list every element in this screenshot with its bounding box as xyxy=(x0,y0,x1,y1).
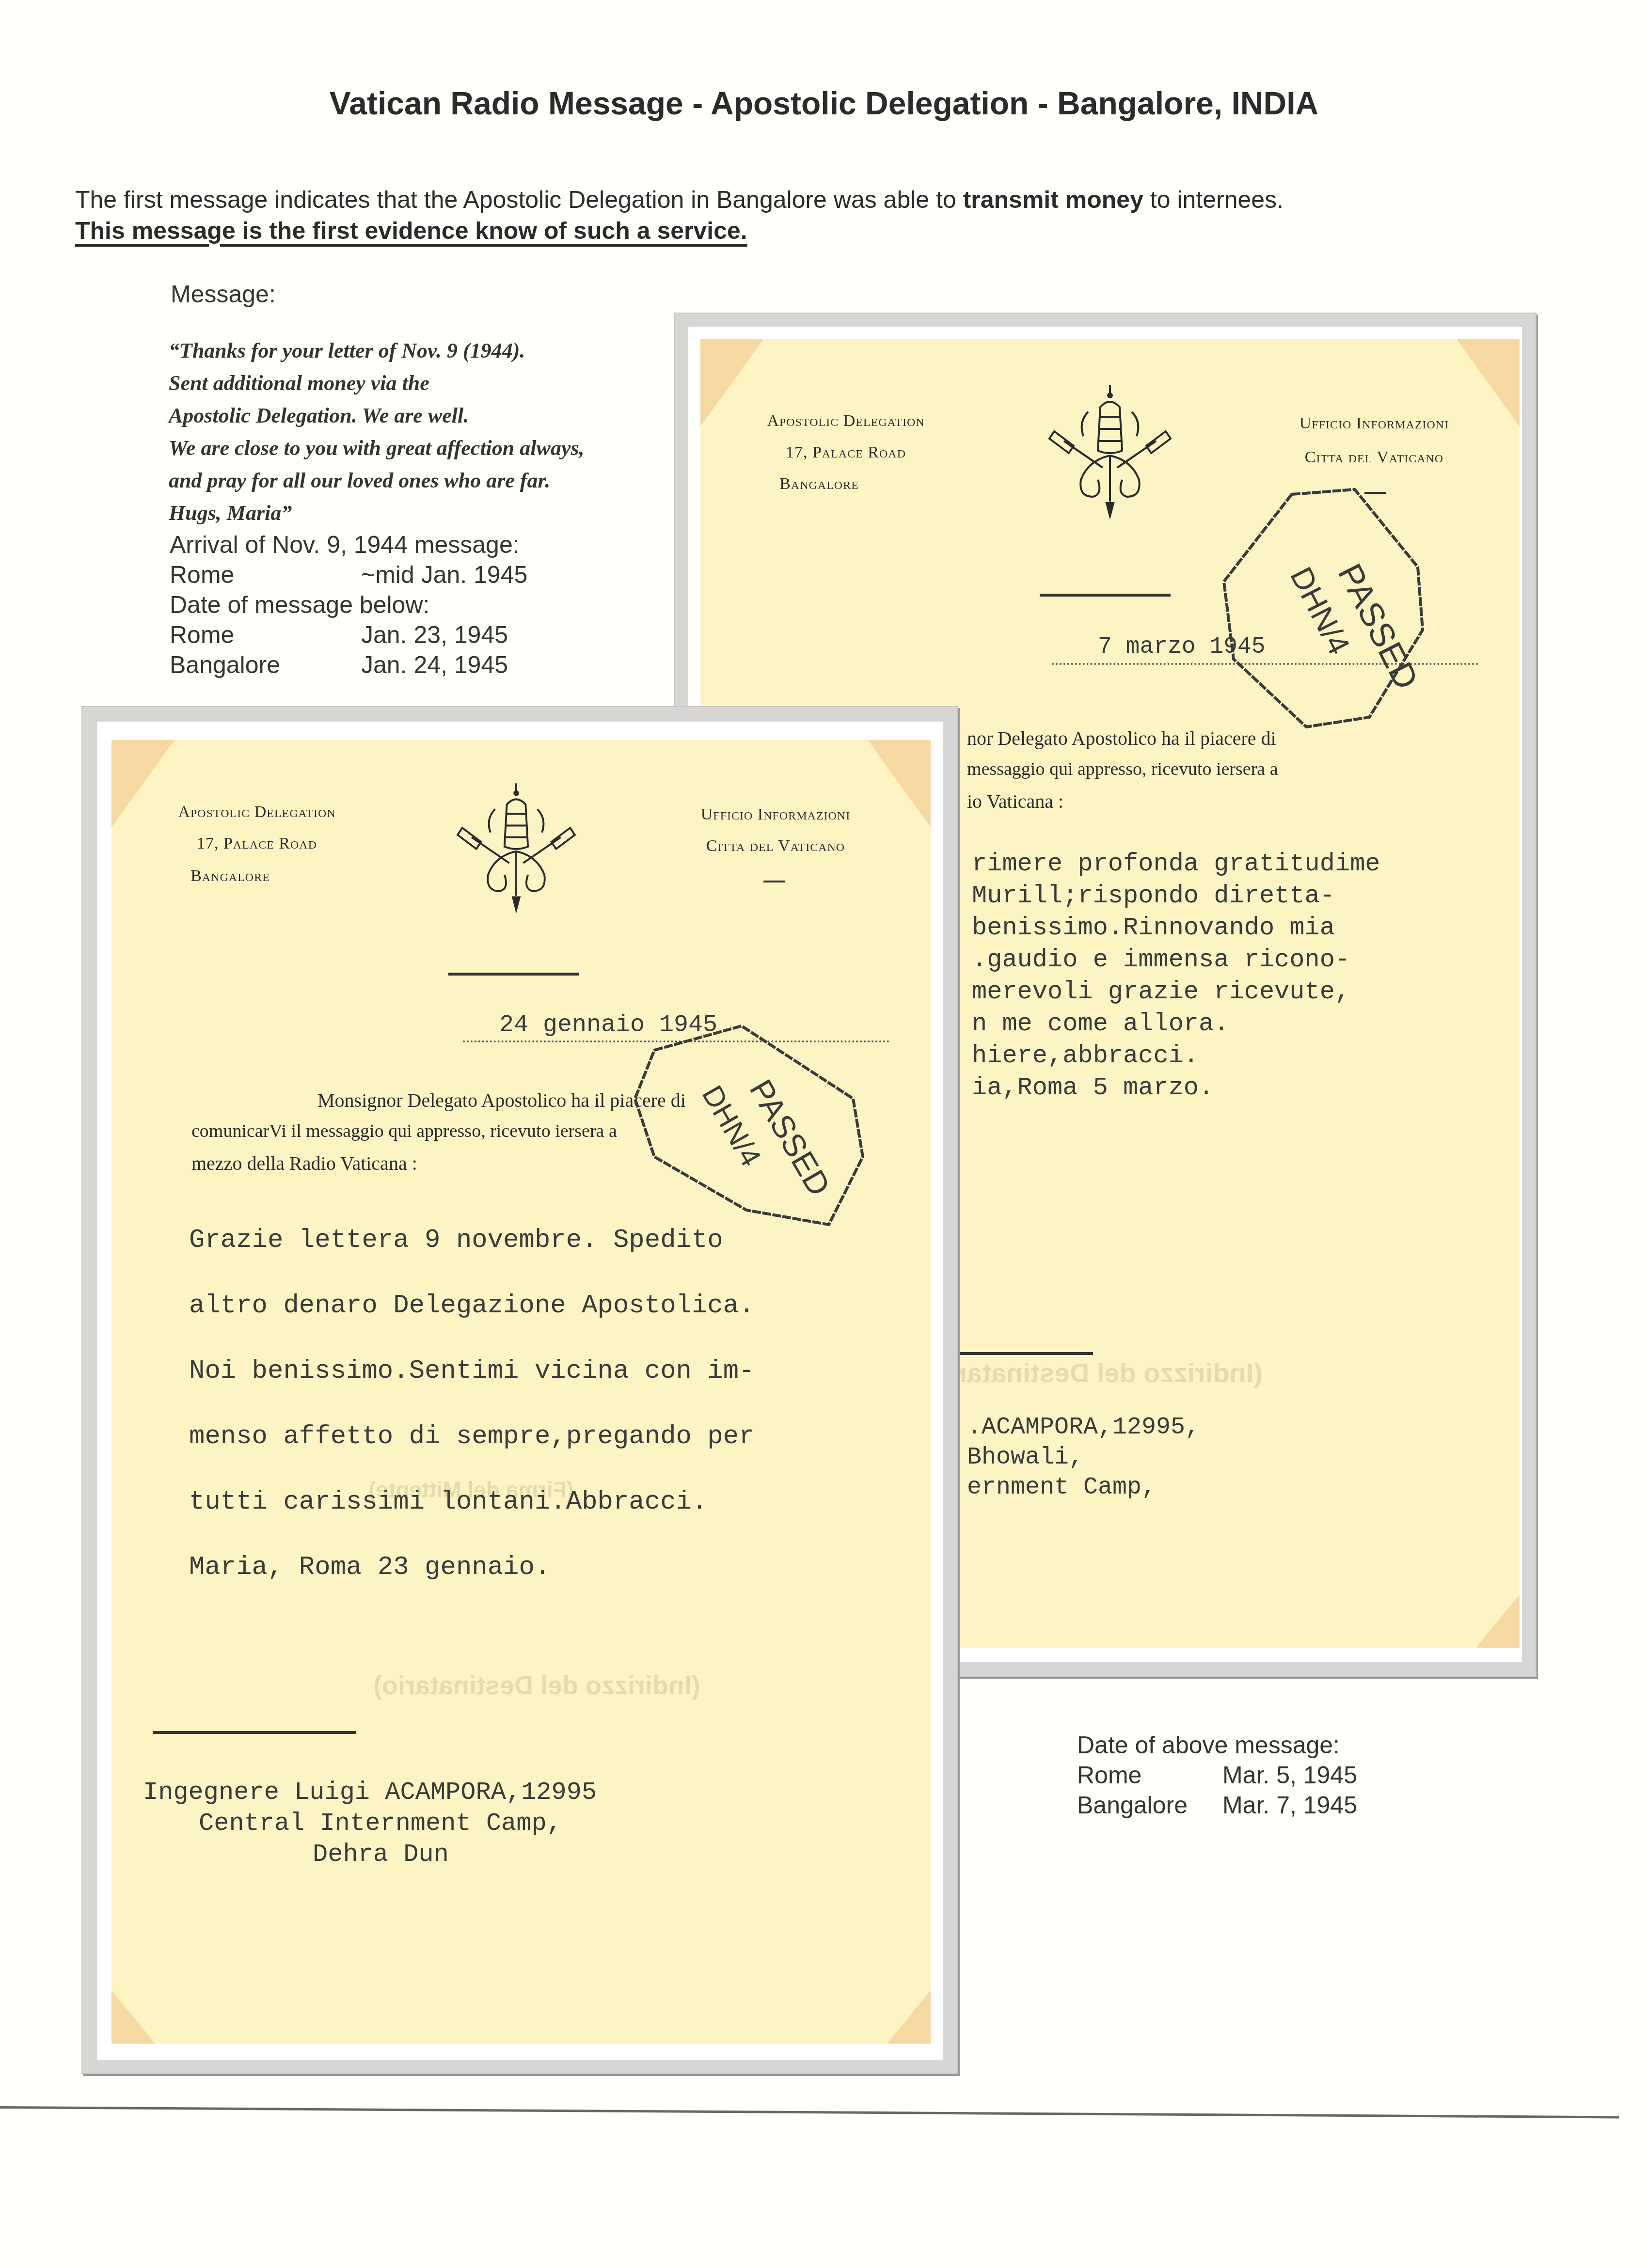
message-line: ia,Roma 5 marzo. xyxy=(972,1072,1380,1104)
address-line: Central Internment Camp, xyxy=(143,1808,597,1839)
office-name: Ufficio Informazioni xyxy=(640,805,911,824)
form-intro-line: comunicarVi il messaggio qui appresso, r… xyxy=(191,1120,617,1142)
address-line: .ACAMPORA,12995, xyxy=(967,1413,1200,1443)
recipient-address: .ACAMPORA,12995, Bhowali, ernment Camp, xyxy=(967,1413,1200,1503)
address-line: Dehra Dun xyxy=(143,1839,597,1870)
quote-line: “Thanks for your letter of Nov. 9 (1944)… xyxy=(169,334,678,367)
message-line: altro denaro Delegazione Apostolica. xyxy=(189,1273,755,1339)
evidence-statement: This message is the first evidence know … xyxy=(75,217,747,245)
address-line: ernment Camp, xyxy=(967,1473,1200,1503)
message-line: Maria, Roma 23 gennaio. xyxy=(189,1535,755,1600)
quote-line: Sent additional money via the xyxy=(169,367,678,399)
date-row: RomeJan. 23, 1945 xyxy=(170,620,527,650)
page-bottom-rule xyxy=(0,2106,1619,2118)
delegation-name: Apostolic Delegation xyxy=(710,412,982,430)
translation-quote: “Thanks for your letter of Nov. 9 (1944)… xyxy=(169,334,678,529)
message-line: Noi benissimo.Sentimi vicina con im- xyxy=(189,1339,755,1404)
intro-text: The first message indicates that the Apo… xyxy=(75,186,1284,214)
delegation-address: 17, Palace Road xyxy=(121,835,393,853)
delegation-city: Bangalore xyxy=(710,475,928,493)
intro-bold-phrase: transmit money xyxy=(963,186,1143,213)
typed-message: Grazie lettera 9 novembre. Spedito altro… xyxy=(189,1208,755,1600)
censor-stamp-icon: PASSED DHN/4 xyxy=(601,1011,892,1239)
date-row: RomeMar. 5, 1945 xyxy=(1077,1760,1357,1790)
front-card-form: (Firma del Mittente) (Indirizzo del Dest… xyxy=(111,740,931,2044)
quote-line: We are close to you with great affection… xyxy=(169,432,678,464)
arrival-heading: Arrival of Nov. 9, 1944 message: xyxy=(170,530,527,560)
office-location: Citta del Vaticano xyxy=(1238,448,1510,467)
recipient-address: Ingegnere Luigi ACAMPORA,12995 Central I… xyxy=(143,1777,597,1870)
date-row: BangaloreMar. 7, 1945 xyxy=(1077,1790,1357,1820)
papal-emblem-icon xyxy=(1035,383,1185,519)
quote-line: Hugs, Maria” xyxy=(169,497,678,529)
intro-text-end: to internees. xyxy=(1143,186,1284,213)
delegation-name: Apostolic Delegation xyxy=(121,803,393,821)
message-line: .gaudio e immensa ricono- xyxy=(972,944,1380,976)
second-date-heading: Date of above message: xyxy=(1077,1730,1357,1760)
office-location: Citta del Vaticano xyxy=(640,837,911,855)
message-line: n me come allora. xyxy=(972,1008,1380,1040)
delegation-city: Bangalore xyxy=(121,867,339,885)
message-line: hiere,abbracci. xyxy=(972,1040,1380,1072)
page-title: Vatican Radio Message - Apostolic Delega… xyxy=(0,85,1648,122)
second-message-dates: Date of above message: RomeMar. 5, 1945 … xyxy=(1077,1730,1357,1820)
form-intro-line: mezzo della Radio Vaticana : xyxy=(191,1152,417,1175)
reverse-print-ghost: (Indirizzo del Destinatario) xyxy=(923,1357,1263,1388)
message-line: rimere profonda gratitudime xyxy=(972,848,1380,880)
header-dash xyxy=(763,881,785,882)
papal-emblem-icon xyxy=(444,779,589,914)
quote-line: Apostolic Delegation. We are well. xyxy=(169,399,678,432)
form-intro-line: io Vaticana : xyxy=(967,790,1063,813)
typed-message: rimere profonda gratitudime Murill;rispo… xyxy=(972,848,1380,1104)
office-name: Ufficio Informazioni xyxy=(1238,414,1510,433)
header-rule xyxy=(448,973,579,976)
first-message-dates: Arrival of Nov. 9, 1944 message: Rome~mi… xyxy=(170,530,527,680)
form-intro-line: messaggio qui appresso, ricevuto iersera… xyxy=(967,758,1278,780)
front-card-mount: (Firma del Mittente) (Indirizzo del Dest… xyxy=(81,706,958,2074)
date-row: BangaloreJan. 24, 1945 xyxy=(170,650,527,680)
message-line: tutti carissimi lontani.Abbracci. xyxy=(189,1469,755,1535)
delegation-address: 17, Palace Road xyxy=(710,443,982,462)
message-line: merevoli grazie ricevute, xyxy=(972,976,1380,1008)
message-line: Murill;rispondo diretta- xyxy=(972,880,1380,912)
intro-text-start: The first message indicates that the Apo… xyxy=(75,186,963,213)
message-line: benissimo.Rinnovando mia xyxy=(972,912,1380,944)
address-line: Ingegnere Luigi ACAMPORA,12995 xyxy=(143,1777,597,1808)
censor-stamp-icon: PASSED DHN/4 xyxy=(1195,485,1481,737)
message-line: menso affetto di sempre,pregando per xyxy=(189,1404,755,1469)
header-rule xyxy=(1040,594,1171,597)
signature-rule xyxy=(952,1352,1093,1355)
message-date-heading: Date of message below: xyxy=(170,590,527,620)
signature-rule xyxy=(153,1731,356,1734)
quote-line: and pray for all our loved ones who are … xyxy=(169,464,678,497)
address-line: Bhowali, xyxy=(967,1443,1200,1473)
date-row: Rome~mid Jan. 1945 xyxy=(170,560,527,590)
message-label: Message: xyxy=(171,280,276,308)
reverse-print-ghost: (Indirizzo del Destinatario) xyxy=(373,1670,700,1701)
